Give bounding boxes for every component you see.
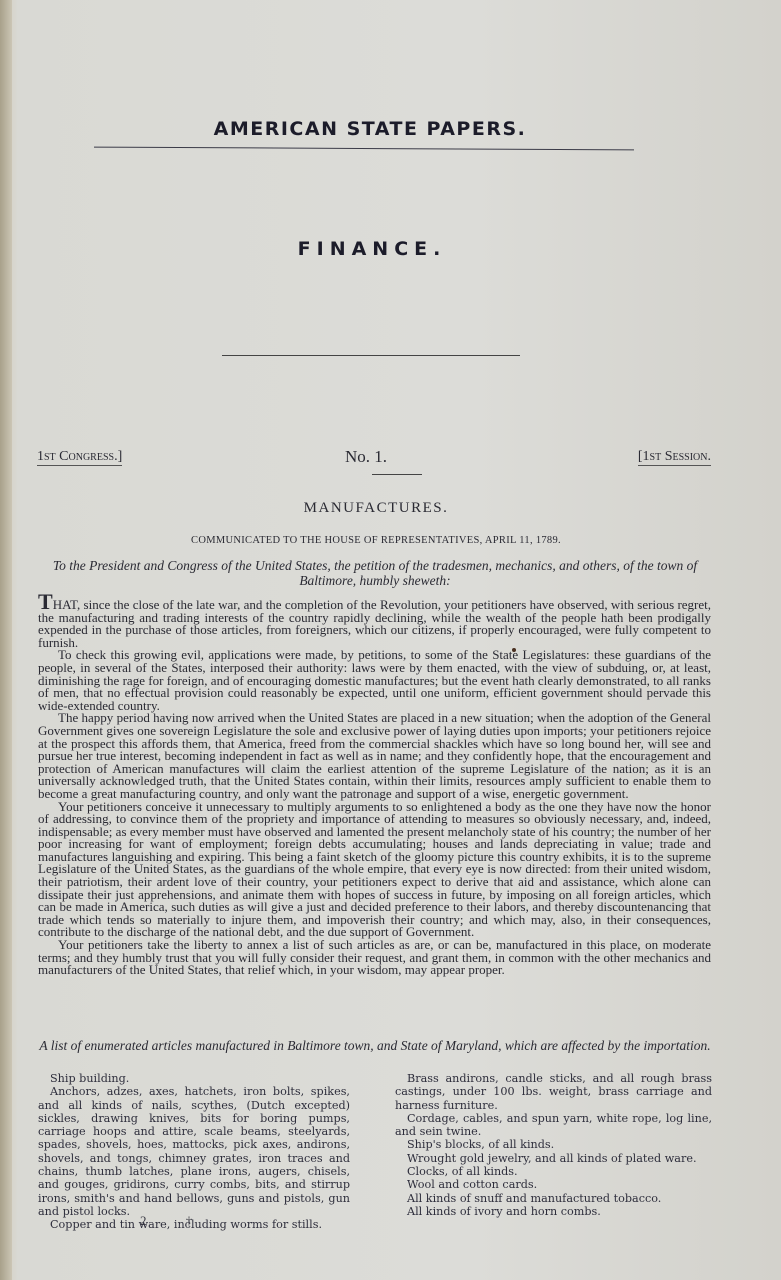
paragraph: THAT, since the close of the late war, a… xyxy=(38,596,711,649)
document-page: AMERICAN STATE PAPERS. FINANCE. 1st Cong… xyxy=(0,0,781,1280)
communicated-line: COMMUNICATED TO THE HOUSE OF REPRESENTAT… xyxy=(0,535,752,546)
petition-address: To the President and Congress of the Uni… xyxy=(38,558,712,588)
list-item: Wrought gold jewelry, and all kinds of p… xyxy=(395,1152,712,1165)
congress-label: 1st Congress.] xyxy=(37,449,122,466)
list-item: Anchors, adzes, axes, hatchets, iron bol… xyxy=(38,1085,350,1218)
section-title: FINANCE. xyxy=(0,238,744,260)
list-item: Ship building. xyxy=(38,1072,350,1085)
list-item: All kinds of ivory and horn combs. xyxy=(395,1205,712,1218)
document-number-rule xyxy=(372,474,422,475)
paragraph: To check this growing evil, applications… xyxy=(38,649,711,712)
list-item: Ship's blocks, of all kinds. xyxy=(395,1138,712,1151)
petition-body: THAT, since the close of the late war, a… xyxy=(38,596,711,977)
series-title: AMERICAN STATE PAPERS. xyxy=(0,118,740,140)
document-number: No. 1. xyxy=(345,447,387,467)
list-item: All kinds of snuff and manufactured toba… xyxy=(395,1192,712,1205)
list-item: Clocks, of all kinds. xyxy=(395,1165,712,1178)
articles-list-heading: A list of enumerated articles manufactur… xyxy=(38,1038,712,1053)
title-rule xyxy=(94,147,634,151)
ink-speck xyxy=(512,648,516,652)
signature-mark: 2 xyxy=(140,1213,147,1228)
paragraph: Your petitioners take the liberty to ann… xyxy=(38,939,711,977)
articles-right-column: Brass andirons, candle sticks, and all r… xyxy=(395,1072,712,1218)
paragraph: Your petitioners conceive it unnecessary… xyxy=(38,801,711,940)
section-rule xyxy=(222,355,520,356)
paragraph: The happy period having now arrived when… xyxy=(38,712,711,800)
document-meta: 1st Congress.] No. 1. [1st Session. xyxy=(37,449,711,473)
dagger-mark: † xyxy=(186,1213,193,1228)
page-binding-edge xyxy=(0,0,12,1280)
printer-marks: 2 † xyxy=(140,1213,228,1229)
list-item: Cordage, cables, and spun yarn, white ro… xyxy=(395,1112,712,1139)
list-item: Brass andirons, candle sticks, and all r… xyxy=(395,1072,712,1112)
list-item: Wool and cotton cards. xyxy=(395,1178,712,1191)
document-subject: MANUFACTURES. xyxy=(0,500,752,517)
articles-left-column: Ship building. Anchors, adzes, axes, hat… xyxy=(38,1072,350,1232)
session-label: [1st Session. xyxy=(638,449,711,466)
